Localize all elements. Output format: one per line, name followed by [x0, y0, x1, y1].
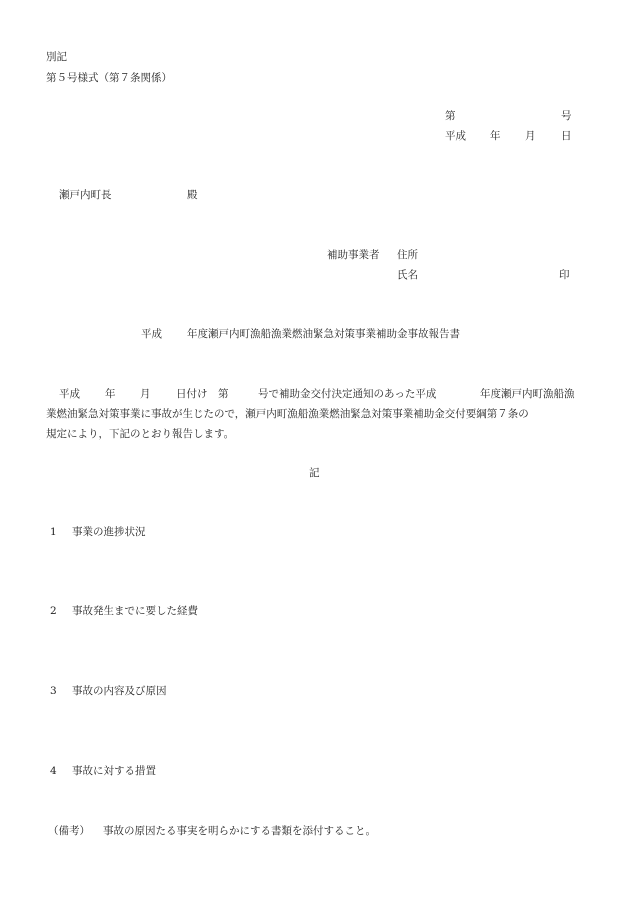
- doc-number-suffix: 号: [561, 111, 572, 122]
- date-month: 月: [525, 131, 536, 142]
- body-line1-date-no: 日付け 第: [176, 389, 229, 400]
- section-2-label: 事故発生までに要した経費: [72, 606, 198, 617]
- addressee-name: 瀬戸内町長: [59, 190, 112, 201]
- remarks-label: （備考）: [48, 826, 90, 837]
- section-2-number: 2: [50, 606, 57, 617]
- applicant-address-label: 住所: [397, 250, 418, 261]
- body-line1-year: 年: [105, 389, 116, 400]
- body-line1-month: 月: [140, 389, 151, 400]
- note-heading: 記: [309, 468, 320, 479]
- section-3-number: 3: [50, 686, 57, 697]
- applicant-seal: 印: [559, 270, 570, 281]
- form-number: 第５号様式（第７条関係）: [46, 73, 172, 84]
- date-day: 日: [561, 131, 572, 142]
- document-title: 年度瀬戸内町漁船漁業燃油緊急対策事業補助金事故報告書: [187, 329, 460, 340]
- body-line3: 規定により，下記のとおり報告します。: [46, 429, 234, 440]
- applicant-name-label: 氏名: [397, 270, 418, 281]
- section-1-number: 1: [50, 527, 57, 538]
- annex-label: 別記: [46, 52, 67, 63]
- section-1-label: 事業の進捗状況: [72, 527, 146, 538]
- body-line2: 業燃油緊急対策事業に事故が生じたので，瀬戸内町漁船漁業燃油緊急対策事業補助金交付…: [46, 409, 529, 420]
- doc-number-prefix: 第: [445, 111, 456, 122]
- body-line1-fiscal: 年度瀬戸内町漁船漁: [480, 389, 575, 400]
- title-era: 平成: [141, 329, 162, 340]
- section-4-label: 事故に対する措置: [72, 766, 156, 777]
- section-3-label: 事故の内容及び原因: [72, 686, 167, 697]
- body-line1-notice: 号で補助金交付決定通知のあった平成: [258, 389, 436, 400]
- addressee-honorific: 殿: [187, 190, 198, 201]
- section-4-number: 4: [50, 766, 57, 777]
- remarks-text: 事故の原因たる事実を明らかにする書類を添付すること。: [103, 826, 376, 837]
- date-era: 平成: [445, 131, 466, 142]
- applicant-role: 補助事業者: [327, 250, 380, 261]
- body-line1-era: 平成: [59, 389, 80, 400]
- date-year: 年: [490, 131, 501, 142]
